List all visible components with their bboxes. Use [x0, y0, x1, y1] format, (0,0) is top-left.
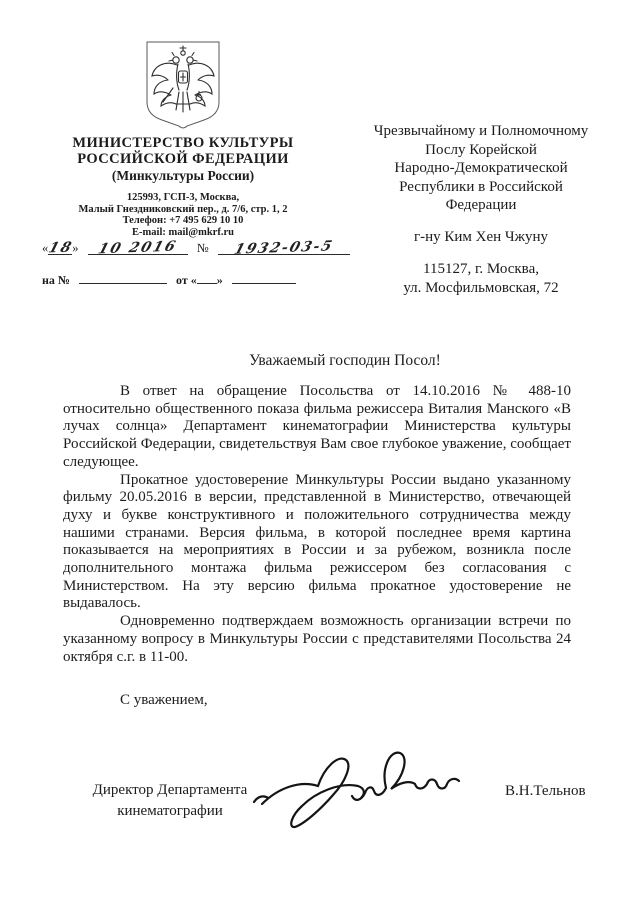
paragraph-3: Одновременно подтверждаем возможность ор…	[63, 613, 571, 666]
org-phone: Телефон: +7 495 629 10 10	[40, 216, 326, 227]
outgoing-number-handwritten: 1932-03-5	[232, 238, 335, 257]
date-number-row: «18» 10 2016 № 1932-03-5	[42, 240, 342, 256]
org-short-name: (Минкультуры России)	[40, 168, 326, 183]
org-email: E-mail: mail@mkrf.ru	[40, 228, 326, 239]
handwritten-signature-icon	[248, 738, 463, 838]
addressee-name: г-ну Ким Хен Чжуну	[350, 228, 612, 247]
org-postal: 125993, ГСП-3, Москва,	[40, 193, 326, 204]
scanned-letter-page: МИНИСТЕРСТВО КУЛЬТУРЫ РОССИЙСКОЙ ФЕДЕРАЦ…	[0, 0, 632, 905]
letter-body: В ответ на обращение Посольства от 14.10…	[63, 383, 571, 666]
addressee-street: ул. Мосфильмовская, 72	[350, 279, 612, 298]
addressee-line1: Чрезвычайному и Полномочному	[350, 122, 612, 141]
outgoing-number-field: 1932-03-5	[218, 240, 350, 255]
signer-name: В.Н.Тельнов	[505, 783, 586, 800]
closing-phrase: С уважением,	[63, 692, 363, 709]
signer-title: Директор Департамента кинематографии	[70, 780, 270, 822]
date-monthyear-field: 10 2016	[88, 240, 188, 255]
reply-quote-close: »	[217, 273, 223, 287]
reply-from: от	[176, 273, 188, 287]
addressee-block: Чрезвычайному и Полномочному Послу Корей…	[350, 122, 612, 297]
date-day-field: 18	[48, 240, 72, 255]
reply-date-field	[232, 269, 296, 284]
date-monthyear-handwritten: 10 2016	[96, 239, 179, 258]
salutation: Уважаемый господин Посол!	[95, 352, 595, 370]
reply-reference-row: на № от «»	[42, 269, 342, 288]
signer-title-line2: кинематографии	[70, 801, 270, 822]
addressee-line5: Федерации	[350, 196, 612, 215]
signer-title-line1: Директор Департамента	[70, 780, 270, 801]
addressee-line2: Послу Корейской	[350, 141, 612, 160]
addressee-line4: Республики в Российской	[350, 178, 612, 197]
org-street: Малый Гнездниковский пер., д. 7/6, стр. …	[40, 205, 326, 216]
number-sign: №	[197, 241, 209, 255]
addressee-line3: Народно-Демократической	[350, 159, 612, 178]
reference-block: «18» 10 2016 № 1932-03-5 на № от «»	[42, 240, 342, 288]
paragraph-2: Прокатное удостоверение Минкультуры Росс…	[63, 472, 571, 614]
reply-day-field	[197, 269, 217, 284]
date-day-handwritten: 18	[46, 240, 74, 257]
reply-number-field	[79, 269, 167, 284]
letterhead: МИНИСТЕРСТВО КУЛЬТУРЫ РОССИЙСКОЙ ФЕДЕРАЦ…	[40, 40, 326, 238]
org-name-line2: РОССИЙСКОЙ ФЕДЕРАЦИИ	[40, 152, 326, 168]
reply-prefix: на №	[42, 273, 70, 287]
russia-coat-of-arms-icon	[143, 40, 223, 130]
paragraph-1: В ответ на обращение Посольства от 14.10…	[63, 383, 571, 472]
org-name-line1: МИНИСТЕРСТВО КУЛЬТУРЫ	[40, 136, 326, 152]
addressee-postal: 115127, г. Москва,	[350, 260, 612, 279]
